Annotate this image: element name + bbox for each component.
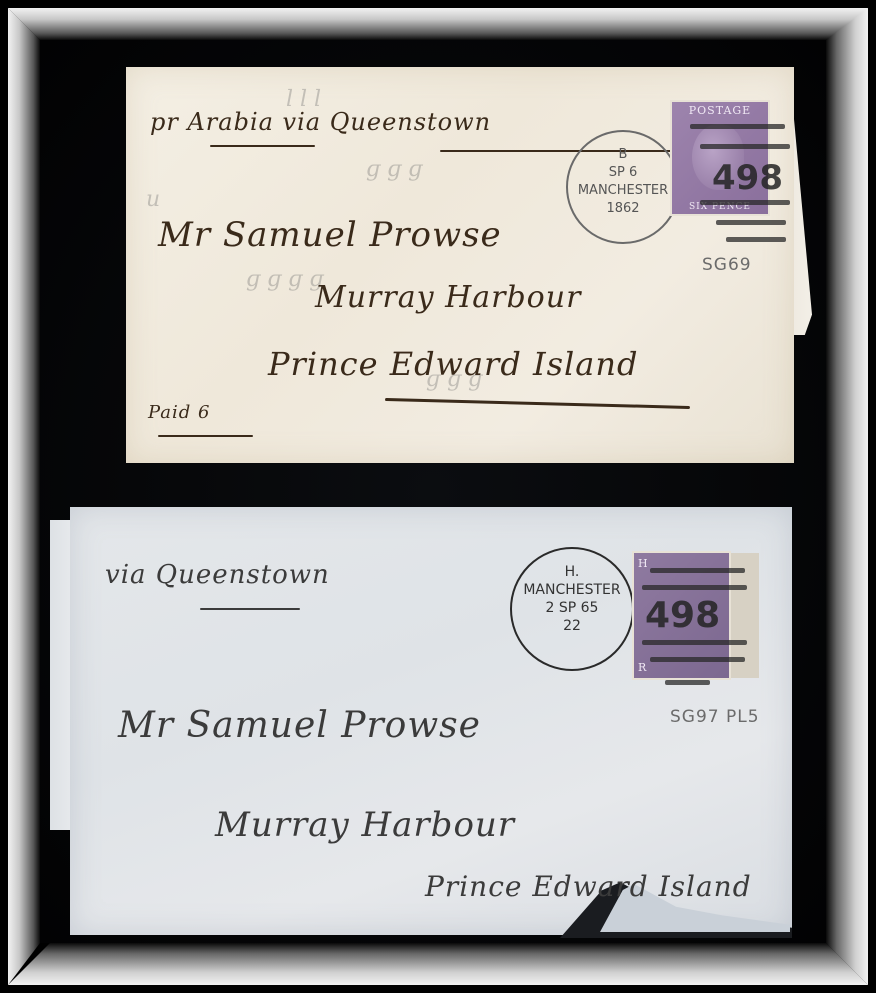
frame-bevel-bottom — [8, 943, 868, 985]
postmark-town: MANCHESTER — [512, 581, 632, 599]
stamp-corner-letter-bottom: R — [638, 661, 647, 674]
postmark-year: 1862 — [568, 200, 678, 218]
cover-1-addressee: Mr Samuel Prowse — [158, 215, 502, 255]
cover-1-rate-underline — [158, 435, 253, 437]
postmark-date: 2 SP 65 — [512, 599, 632, 617]
cover-1-postmark: B SP 6 MANCHESTER 1862 — [566, 130, 680, 244]
postmark-town: MANCHESTER — [568, 182, 678, 200]
cover-2-address-line-1: Murray Harbour — [215, 805, 515, 845]
cover-1-route-note: pr Arabia via Queenstown — [150, 108, 491, 136]
postmark-line: H. — [512, 563, 632, 581]
cover-2-postmark: H. MANCHESTER 2 SP 65 22 — [510, 547, 634, 671]
cover-1-address-line-1: Murray Harbour — [315, 280, 581, 315]
stamp-corner-letter-top: H — [638, 557, 649, 570]
cover-2-cancel-numeral: 498 — [645, 595, 720, 636]
cover-2-route-underline — [200, 608, 300, 610]
cover-1-catalogue-note: SG69 — [702, 255, 752, 275]
frame-bevel-right — [826, 8, 868, 985]
cover-1-rate-note: Paid 6 — [148, 402, 211, 423]
frame-bevel-top — [8, 8, 868, 40]
postmark-line: B — [568, 146, 678, 164]
stamp-top-label: POSTAGE — [672, 104, 768, 117]
cover-2-catalogue-note: SG97 PL5 — [670, 707, 760, 727]
cover-1-address-line-2: Prince Edward Island — [268, 345, 638, 383]
frame-bevel-left — [8, 8, 40, 985]
cover-2-route-note: via Queenstown — [105, 560, 330, 590]
postmark-date: SP 6 — [568, 164, 678, 182]
cover-2-addressee: Mr Samuel Prowse — [118, 705, 481, 746]
cover-1-cancel-numeral: 498 — [712, 158, 783, 198]
postmark-time: 22 — [512, 617, 632, 635]
cover-2-address-line-2: Prince Edward Island — [425, 870, 752, 903]
cover-1-route-underline — [210, 145, 315, 147]
